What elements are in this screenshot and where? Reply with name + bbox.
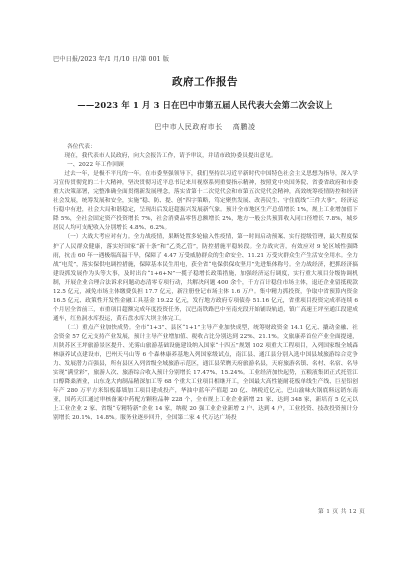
report-body: 各位代表： 现在，我代表市人民政府，向大会报告工作，请予审议，并请市政协委员提出…: [53, 143, 358, 423]
author-line: 巴中市人民政府市长高鹏凌: [0, 122, 410, 132]
section-heading: 一、2022 年工作回顾: [67, 161, 358, 170]
author-position: 巴中市人民政府市长: [154, 123, 222, 131]
report-title: 政府工作报告: [0, 74, 410, 89]
page-number: 第 1 页 共 12 页: [318, 506, 365, 515]
body-paragraph: （二）重点产业加快成势。全市“1+3”、县区“1+1”主导产业加快成型，统筹财政…: [53, 324, 358, 424]
body-paragraph: 过去一年，是极不平凡的一年。在市委坚强领导下，我们坚持以习近平新时代中国特色社会…: [53, 170, 358, 233]
report-subtitle: ——2023 年 1 月 3 日在巴中市第五届人民代表大会第二次会议上: [0, 99, 410, 111]
author-name: 高鹏凌: [233, 123, 256, 131]
salutation: 各位代表：: [67, 143, 358, 152]
body-paragraph: （一）大战大考应对有力。全力战疫情，果断处置多轮输入性疫情，第一时间启动预案、实…: [53, 233, 358, 323]
opening-paragraph: 现在，我代表市人民政府，向大会报告工作，请予审议，并请市政协委员提出意见。: [53, 152, 358, 161]
document-page: 巴中日报/2023 年/1 月/10 日/第 001 版 政府工作报告 ——20…: [0, 0, 410, 580]
newspaper-header: 巴中日报/2023 年/1 月/10 日/第 001 版: [53, 54, 169, 63]
